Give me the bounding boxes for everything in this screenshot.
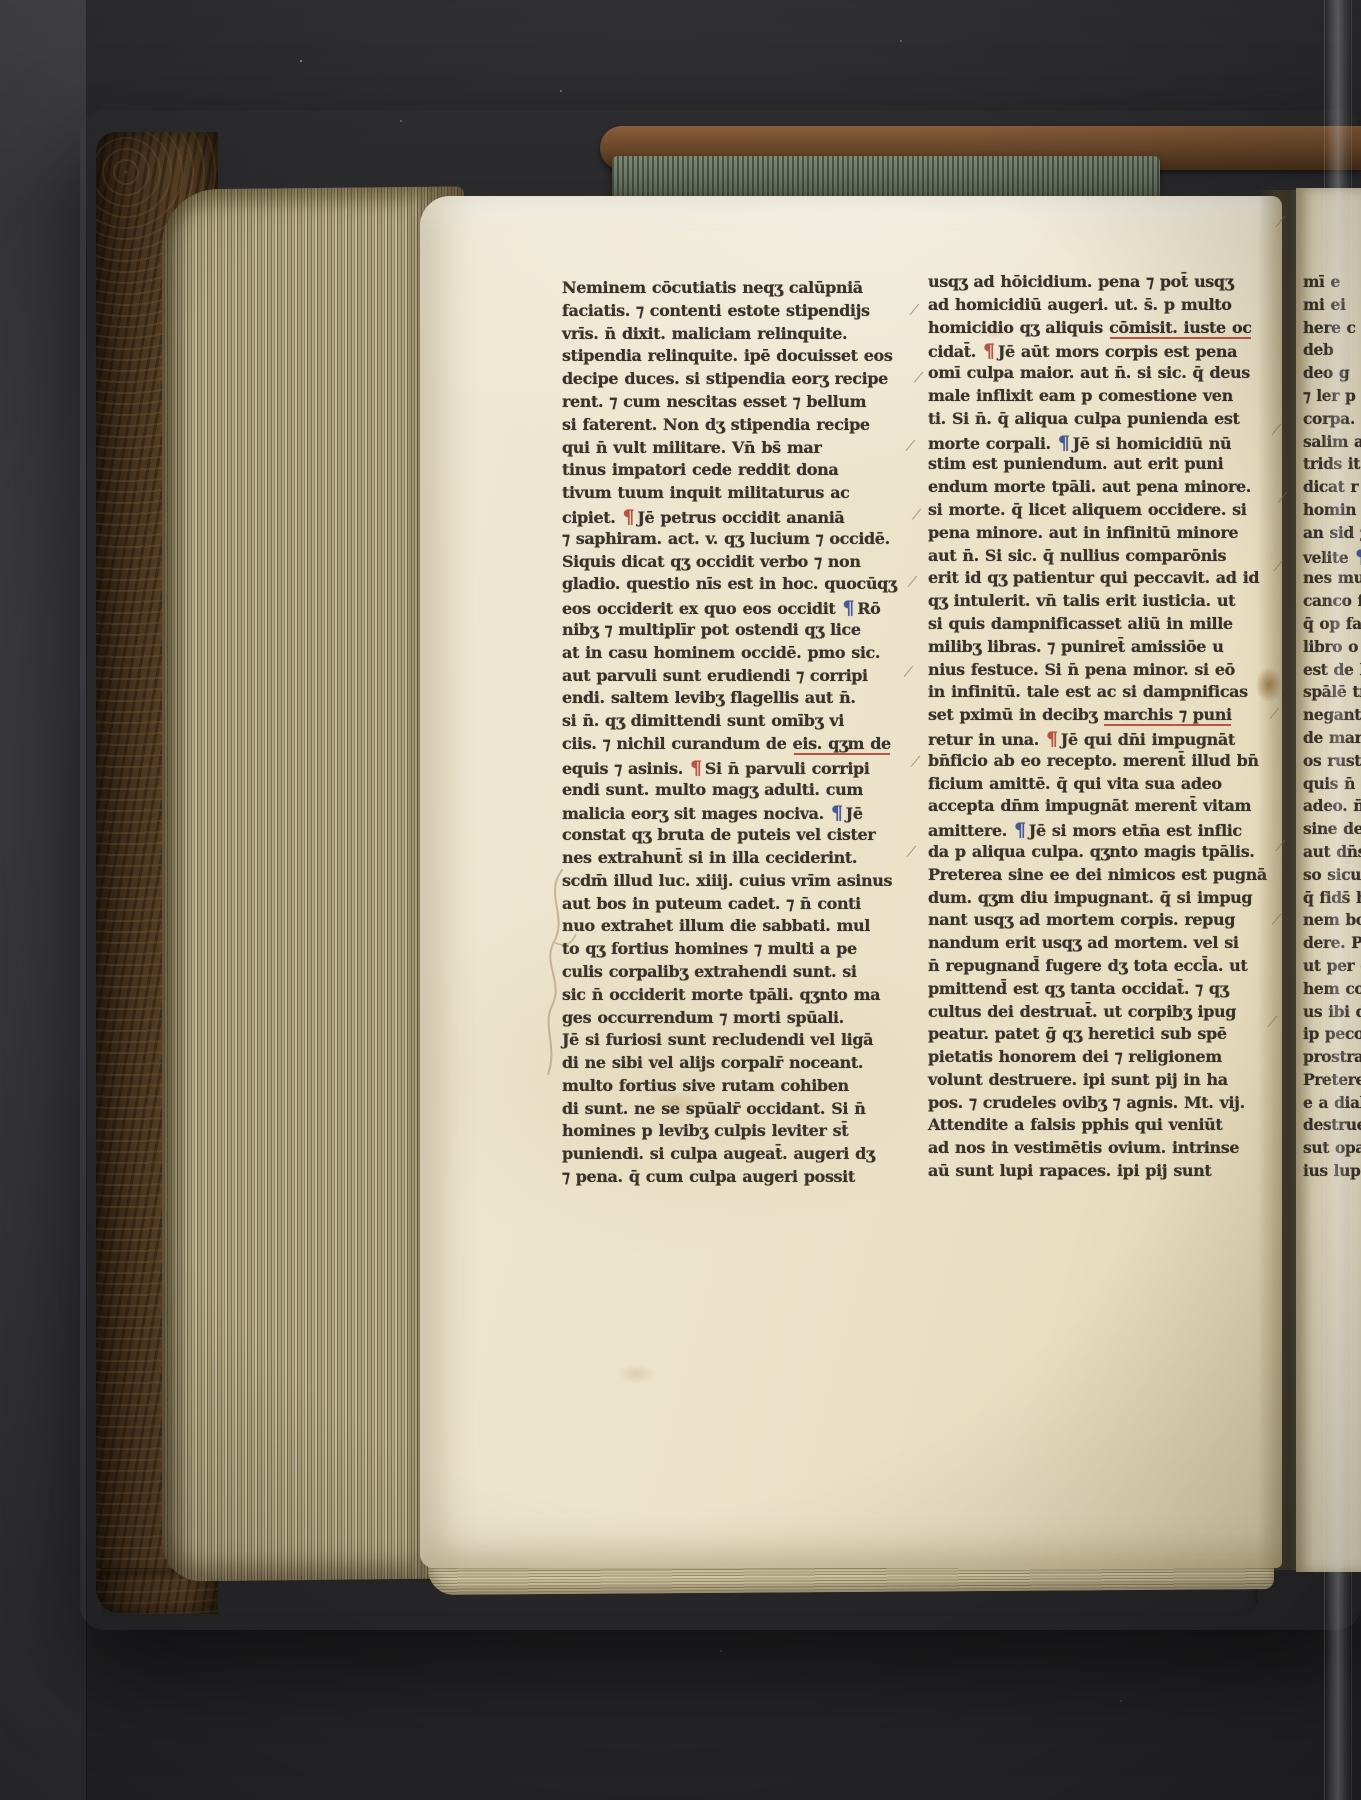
text-line: endi. saltem levibʒ flagellis aut n̄.	[562, 688, 910, 711]
text-line: di sunt. ne se spūalr̄ occidant. Si n̄	[562, 1099, 910, 1122]
text-line: to qʒ fortius homines ⁊ multi a pe	[562, 939, 910, 962]
text-run: faciatis. ⁊ contenti estote stipendijs	[562, 301, 870, 320]
text-run: amittere.	[928, 821, 1013, 840]
text-run: to qʒ fortius homines ⁊ multi a pe	[562, 939, 857, 958]
text-line: stipendia relinquite. ipē docuisset eos	[562, 346, 910, 369]
text-run: aū sunt lupi rapaces. ipi pij sunt	[928, 1161, 1211, 1180]
text-run: di sunt. ne se spūalr̄ occidant. Si n̄	[562, 1099, 865, 1118]
text-run: ciis. ⁊ nichil curandum de	[562, 734, 793, 753]
text-line: Attendite a falsis pphis qui veniūt	[928, 1115, 1278, 1138]
text-line: pena minore. aut in infinitū minore	[928, 523, 1278, 546]
text-line: rent. ⁊ cum nescitas esset ⁊ bellum	[562, 392, 910, 415]
text-line: ciis. ⁊ nichil curandum de eis. qʒm de	[562, 734, 910, 757]
text-line: homines p levibʒ culpis leviter st̄	[562, 1121, 910, 1144]
text-column-left: Neminem cōcutiatis neqʒ calūpniāfaciatis…	[562, 278, 910, 1190]
text-line: gladio. questio nīs est in hoc. quocūqʒ	[562, 574, 910, 597]
text-run: sic n̄ occiderit morte tpāli. qʒnto ma	[562, 985, 880, 1004]
text-run: nandum erit usqʒ ad mortem. vel si	[928, 933, 1239, 952]
red-pilcrow: ¶	[1045, 728, 1061, 750]
red-underlined-text: marchis ⁊ puni	[1103, 705, 1231, 724]
text-column-right: usqʒ ad hōicidium. pena ⁊ pot̄ usqʒad ho…	[928, 272, 1278, 1184]
text-line: puniendi. si culpa augeat̄. augeri dʒ	[562, 1144, 910, 1167]
text-run: Jē si homicidiū nū	[1073, 434, 1232, 453]
text-run: nuo extrahet illum die sabbati. mul	[562, 916, 870, 935]
text-run: multo fortius sive rutam cohiben	[562, 1076, 849, 1095]
text-line: cidat̄. ¶Jē aūt mors corpis est pena	[928, 340, 1278, 363]
margin-corrector-mark: /	[912, 505, 921, 524]
text-line: cultus dei destruat̄. ut corpibʒ ipug	[928, 1002, 1278, 1025]
text-run: usqʒ ad hōicidium. pena ⁊ pot̄ usqʒ	[928, 272, 1233, 291]
text-run: Si n̄ parvuli corripi	[705, 759, 870, 778]
text-line: aut n̄. Si sic. q̄ nullius comparōnis	[928, 546, 1278, 569]
text-line: culis corpalibʒ extrahendi sunt. si	[562, 962, 910, 985]
text-line: pos. ⁊ crudeles ovibʒ ⁊ agnis. Mt. vij.	[928, 1093, 1278, 1116]
text-run: set pximū in decibʒ	[928, 705, 1103, 724]
text-line: si morte. q̄ licet aliquem occidere. si	[928, 500, 1278, 523]
text-line: pmittend̄ est qʒ tanta occidat̄. ⁊ qʒ	[928, 979, 1278, 1002]
text-line: Jē si furiosi sunt recludendi vel ligā	[562, 1030, 910, 1053]
text-line: male inflixit eam p comestione ven	[928, 386, 1278, 409]
text-line: nandum erit usqʒ ad mortem. vel si	[928, 933, 1278, 956]
text-run: constat qʒ bruta de puteis vel cister	[562, 825, 875, 844]
text-line: aut bos in puteum cadet. ⁊ n̄ conti	[562, 894, 910, 917]
text-line: morte corpali. ¶Jē si homicidiū nū	[928, 432, 1278, 455]
text-run: ⁊ saphiram. act. v. qʒ lucium ⁊ occidē.	[562, 529, 890, 548]
text-line: equis ⁊ asinis. ¶Si n̄ parvuli corripi	[562, 757, 910, 780]
text-line: peatur. patet ḡ qʒ heretici sub spē	[928, 1024, 1278, 1047]
text-run: di ne sibi vel alijs corpalr̄ noceant.	[562, 1053, 863, 1072]
text-run: equis ⁊ asinis.	[562, 759, 689, 778]
text-line: ⁊ saphiram. act. v. qʒ lucium ⁊ occidē.	[562, 529, 910, 552]
text-line: volunt destruere. ipi sunt pij in ha	[928, 1070, 1278, 1093]
text-run: stipendia relinquite. ipē docuisset eos	[562, 346, 892, 365]
blue-pilcrow: ¶	[1354, 546, 1361, 568]
text-line: usqʒ ad hōicidium. pena ⁊ pot̄ usqʒ	[928, 272, 1278, 295]
text-run: bn̄ficio ab eo recepto. merent̄ illud bn…	[928, 751, 1259, 770]
text-line: ⁊ pena. q̄ cum culpa augeri possit	[562, 1167, 910, 1190]
dust-specks	[300, 60, 302, 62]
page-fore-edge-stack	[162, 186, 464, 1581]
text-line: qʒ intulerit. vn̄ talis erit iusticia. u…	[928, 591, 1278, 614]
text-run: pos. ⁊ crudeles ovibʒ ⁊ agnis. Mt. vij.	[928, 1093, 1245, 1112]
text-line: ges occurrendum ⁊ morti spūali.	[562, 1008, 910, 1031]
text-run: aut bos in puteum cadet. ⁊ n̄ conti	[562, 894, 861, 913]
text-line: homicidio qʒ aliquis cōmisit. iuste oc	[928, 318, 1278, 341]
text-line: ad nos in vestimētis ovium. intrinse	[928, 1138, 1278, 1161]
text-line: eos occiderit ex quo eos occidit ¶Rō	[562, 597, 910, 620]
text-run: scdm̄ illud luc. xiiij. cuius vrīm asinu…	[562, 871, 892, 890]
text-run: si faterent. Non dʒ stipendia recipe	[562, 415, 870, 434]
photo-of-manuscript: { "scene_type": "photograph of an open m…	[0, 0, 1361, 1800]
text-line: n̄ repugnand̄ fugere dʒ tota eccl̄a. ut	[928, 956, 1278, 979]
text-run: omī culpa maior. aut n̄. si sic. q̄ deus	[928, 363, 1250, 382]
text-run: ges occurrendum ⁊ morti spūali.	[562, 1008, 844, 1027]
text-line: si faterent. Non dʒ stipendia recipe	[562, 415, 910, 438]
glass-clamp-reflection	[1324, 0, 1352, 1800]
text-run: malicia eorʒ sit mages nociva.	[562, 804, 830, 823]
margin-corrector-mark: /	[914, 368, 923, 387]
text-run: milibʒ libras. ⁊ puniret̄ amissiōe u	[928, 637, 1223, 656]
text-run: homicidio qʒ aliquis	[928, 318, 1109, 337]
text-run: Jē si furiosi sunt recludendi vel ligā	[562, 1030, 873, 1049]
text-line: omī culpa maior. aut n̄. si sic. q̄ deus	[928, 363, 1278, 386]
text-run: puniendi. si culpa augeat̄. augeri dʒ	[562, 1144, 875, 1163]
text-run: retur in una.	[928, 730, 1045, 749]
red-pilcrow: ¶	[689, 757, 705, 779]
text-run: tivum tuum inquit militaturus ac	[562, 483, 850, 502]
text-run: homines p levibʒ culpis leviter st̄	[562, 1121, 848, 1140]
text-line: pietatis honorem dei ⁊ religionem	[928, 1047, 1278, 1070]
text-line: tivum tuum inquit militaturus ac	[562, 483, 910, 506]
text-run: si n̄. qʒ dimittendi sunt omībʒ vi	[562, 711, 844, 730]
text-run: Jē	[846, 804, 863, 823]
text-run: Jē qui dn̄i impugnāt	[1061, 730, 1235, 749]
text-run: ficium amittē. q̄ qui vita sua adeo	[928, 774, 1222, 793]
text-line: faciatis. ⁊ contenti estote stipendijs	[562, 301, 910, 324]
text-line: endum morte tpāli. aut pena minore.	[928, 477, 1278, 500]
text-run: culis corpalibʒ extrahendi sunt. si	[562, 962, 857, 981]
blue-pilcrow: ¶	[830, 802, 846, 824]
text-run: Jē aūt mors corpis est pena	[998, 342, 1237, 361]
text-line: Neminem cōcutiatis neqʒ calūpniā	[562, 278, 910, 301]
text-line: stim est puniendum. aut erit puni	[928, 454, 1278, 477]
text-line: nant usqʒ ad mortem corpis. repug	[928, 910, 1278, 933]
text-run: at in casu hominem occidē. pmo sic.	[562, 643, 880, 662]
margin-corrector-mark: /	[910, 300, 919, 319]
text-line: aut parvuli sunt erudiendi ⁊ corripi	[562, 666, 910, 689]
text-run: decipe duces. si stipendia eorʒ recipe	[562, 369, 888, 388]
red-pilcrow: ¶	[982, 340, 998, 362]
text-line: in infinitū. tale est ac si dampnificas	[928, 682, 1278, 705]
text-run: n̄ repugnand̄ fugere dʒ tota eccl̄a. ut	[928, 956, 1247, 975]
text-run: volunt destruere. ipi sunt pij in ha	[928, 1070, 1228, 1089]
text-run: ad nos in vestimētis ovium. intrinse	[928, 1138, 1239, 1157]
text-run: ti. Si n̄. q̄ aliqua culpa punienda est	[928, 409, 1239, 428]
text-line: ficium amittē. q̄ qui vita sua adeo	[928, 774, 1278, 797]
text-line: Siquis dicat qʒ occidit verbo ⁊ non	[562, 552, 910, 575]
text-run: qʒ intulerit. vn̄ talis erit iusticia. u…	[928, 591, 1235, 610]
text-run: cultus dei destruat̄. ut corpibʒ ipug	[928, 1002, 1236, 1021]
blue-pilcrow: ¶	[1013, 819, 1029, 841]
text-line: malicia eorʒ sit mages nociva. ¶Jē	[562, 802, 910, 825]
text-run: nibʒ ⁊ multiplīr pot ostendi qʒ lice	[562, 620, 861, 639]
text-line: multo fortius sive rutam cohiben	[562, 1076, 910, 1099]
text-run: pena minore. aut in infinitū minore	[928, 523, 1238, 542]
text-run: Attendite a falsis pphis qui veniūt	[928, 1115, 1222, 1134]
text-run: ad homicidiū augeri. ut. s̄. p multo	[928, 295, 1232, 314]
text-line: ti. Si n̄. q̄ aliqua culpa punienda est	[928, 409, 1278, 432]
background-left-band	[0, 0, 87, 1800]
text-line: amittere. ¶Jē si mors etn̄a est inflic	[928, 819, 1278, 842]
text-run: da p aliqua culpa. qʒnto magis tpālis.	[928, 842, 1254, 861]
text-line: qui n̄ vult militare. Vn̄ bs̄ mar	[562, 438, 910, 461]
text-run: Neminem cōcutiatis neqʒ calūpniā	[562, 278, 863, 297]
text-run: ⁊ pena. q̄ cum culpa augeri possit	[562, 1167, 855, 1186]
gutter-sewing-knot	[1256, 668, 1282, 702]
text-line: di ne sibi vel alijs corpalr̄ noceant.	[562, 1053, 910, 1076]
blue-pilcrow: ¶	[842, 597, 858, 619]
text-line: vrīs. n̄ dixit. maliciam relinquite.	[562, 324, 910, 347]
text-line: nibʒ ⁊ multiplīr pot ostendi qʒ lice	[562, 620, 910, 643]
margin-corrector-mark: /	[911, 752, 920, 771]
text-run: pmittend̄ est qʒ tanta occidat̄. ⁊ qʒ	[928, 979, 1228, 998]
text-line: tinus impatori cede reddit dona	[562, 460, 910, 483]
text-run: male inflixit eam p comestione ven	[928, 386, 1233, 405]
text-run: morte corpali.	[928, 434, 1057, 453]
text-run: pietatis honorem dei ⁊ religionem	[928, 1047, 1222, 1066]
text-run: peatur. patet ḡ qʒ heretici sub spē	[928, 1024, 1227, 1043]
text-run: Preterea sine ee dei nimicos est pugnā	[928, 865, 1267, 884]
text-run: rent. ⁊ cum nescitas esset ⁊ bellum	[562, 392, 866, 411]
text-line: set pximū in decibʒ marchis ⁊ puni	[928, 705, 1278, 728]
text-line: decipe duces. si stipendia eorʒ recipe	[562, 369, 910, 392]
text-run: endi sunt. multo magʒ adulti. cum	[562, 780, 863, 799]
text-run: stim est puniendum. aut erit puni	[928, 454, 1223, 473]
text-run: qui n̄ vult militare. Vn̄ bs̄ mar	[562, 438, 821, 457]
text-run: endum morte tpāli. aut pena minore.	[928, 477, 1251, 496]
text-run: accepta dn̄m impugnāt merent̄ vitam	[928, 796, 1251, 815]
text-line: nuo extrahet illum die sabbati. mul	[562, 916, 910, 939]
manuscript-page: Neminem cōcutiatis neqʒ calūpniāfaciatis…	[420, 196, 1282, 1568]
text-run: in infinitū. tale est ac si dampnificas	[928, 682, 1248, 701]
text-line: milibʒ libras. ⁊ puniret̄ amissiōe u	[928, 637, 1278, 660]
text-line: ad homicidiū augeri. ut. s̄. p multo	[928, 295, 1278, 318]
parchment-stain	[616, 1364, 656, 1384]
text-line: accepta dn̄m impugnāt merent̄ vitam	[928, 796, 1278, 819]
text-run: cidat̄.	[928, 342, 982, 361]
text-run: si quis dampnificasset aliū in mille	[928, 614, 1233, 633]
text-run: cipiet.	[562, 508, 622, 527]
text-line: cipiet. ¶Jē petrus occidit ananiā	[562, 506, 910, 529]
text-run: aut n̄. Si sic. q̄ nullius comparōnis	[928, 546, 1226, 565]
text-run: vrīs. n̄ dixit. maliciam relinquite.	[562, 324, 847, 343]
text-run: si morte. q̄ licet aliquem occidere. si	[928, 500, 1246, 519]
text-line: constat qʒ bruta de puteis vel cister	[562, 825, 910, 848]
text-run: Siquis dicat qʒ occidit verbo ⁊ non	[562, 552, 861, 571]
text-run: dum. qʒm diu impugnant. q̄ si impug	[928, 888, 1252, 907]
red-pilcrow: ¶	[622, 506, 638, 528]
text-line: aū sunt lupi rapaces. ipi pij sunt	[928, 1161, 1278, 1184]
text-line: erit id qʒ patientur qui peccavit. ad id	[928, 568, 1278, 591]
red-underlined-text: eis. qʒm de	[793, 734, 891, 753]
text-line: endi sunt. multo magʒ adulti. cum	[562, 780, 910, 803]
text-line: at in casu hominem occidē. pmo sic.	[562, 643, 910, 666]
text-line: nius festuce. Si n̄ pena minor. si eō	[928, 660, 1278, 683]
blue-pilcrow: ¶	[1057, 432, 1073, 454]
text-line: dum. qʒm diu impugnant. q̄ si impug	[928, 888, 1278, 911]
text-run: eos occiderit ex quo eos occidit	[562, 599, 842, 618]
text-run: Jē si mors etn̄a est inflic	[1029, 821, 1242, 840]
text-run: endi. saltem levibʒ flagellis aut n̄.	[562, 688, 856, 707]
text-line: retur in una. ¶Jē qui dn̄i impugnāt	[928, 728, 1278, 751]
text-line: si quis dampnificasset aliū in mille	[928, 614, 1278, 637]
text-line: nes extrahunt̄ si in illa ceciderint.	[562, 848, 910, 871]
text-run: nes extrahunt̄ si in illa ceciderint.	[562, 848, 857, 867]
text-line: sic n̄ occiderit morte tpāli. qʒnto ma	[562, 985, 910, 1008]
text-line: bn̄ficio ab eo recepto. merent̄ illud bn…	[928, 751, 1278, 774]
text-line: si n̄. qʒ dimittendi sunt omībʒ vi	[562, 711, 910, 734]
text-line: da p aliqua culpa. qʒnto magis tpālis.	[928, 842, 1278, 865]
text-run: nant usqʒ ad mortem corpis. repug	[928, 910, 1235, 929]
text-line: scdm̄ illud luc. xiiij. cuius vrīm asinu…	[562, 871, 910, 894]
text-run: tinus impatori cede reddit dona	[562, 460, 838, 479]
text-line: Preterea sine ee dei nimicos est pugnā	[928, 865, 1278, 888]
text-run: nius festuce. Si n̄ pena minor. si eō	[928, 660, 1235, 679]
text-run: aut parvuli sunt erudiendi ⁊ corripi	[562, 666, 868, 685]
text-run: Rō	[857, 599, 880, 618]
text-run: Jē petrus occidit ananiā	[637, 508, 844, 527]
red-underlined-text: cōmisit. iuste oc	[1109, 318, 1252, 337]
text-run: erit id qʒ patientur qui peccavit. ad id	[928, 568, 1259, 587]
text-run: gladio. questio nīs est in hoc. quocūqʒ	[562, 574, 897, 593]
